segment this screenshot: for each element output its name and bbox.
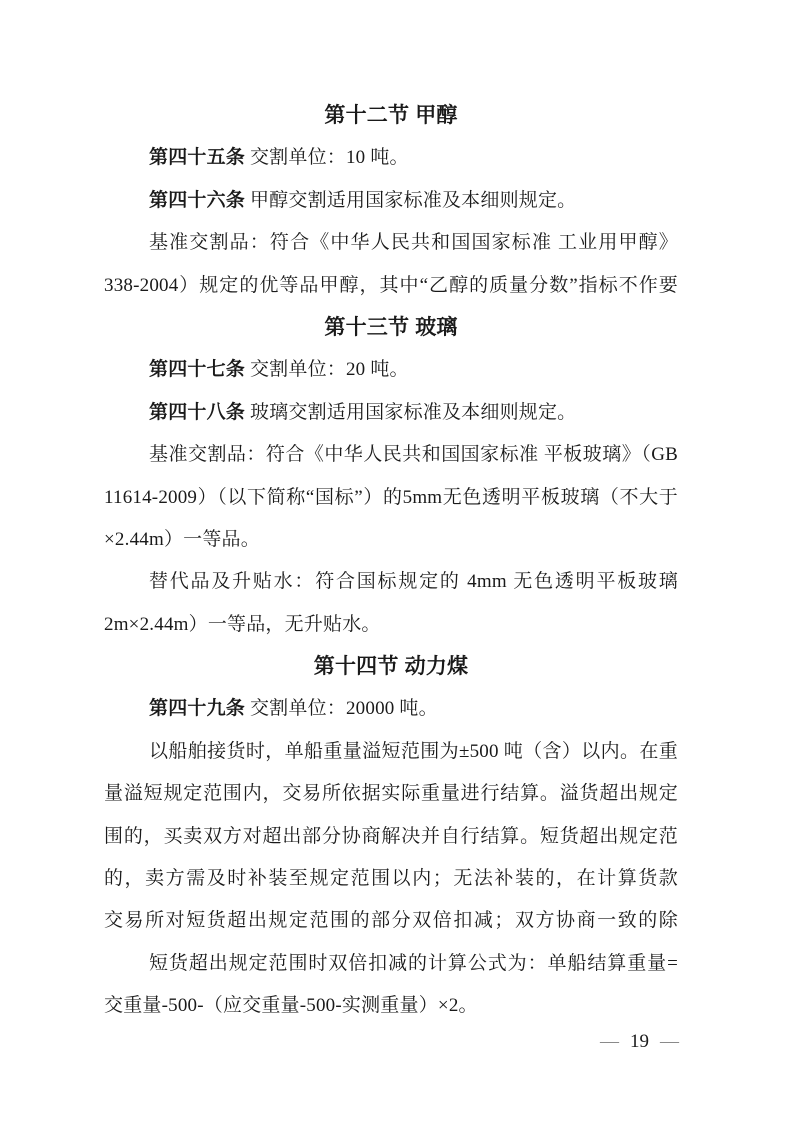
section-heading: 第十四节 动力煤 — [104, 646, 678, 688]
text-line: 第四十九条 交割单位：20000 吨。 — [104, 688, 678, 730]
text-line: 第四十八条 玻璃交割适用国家标准及本细则规定。 — [104, 392, 678, 434]
text-line: 基准交割品：符合《中华人民共和国国家标准 平板玻璃》（GB — [104, 434, 678, 476]
text-line: 替代品及升贴水：符合国标规定的 4mm 无色透明平板玻璃（不大于 — [104, 561, 678, 603]
section-heading: 第十二节 甲醇 — [104, 95, 678, 137]
text-line: 量溢短规定范围内，交易所依据实际重量进行结算。溢货超出规定范 — [104, 773, 678, 815]
text-line: 338-2004）规定的优等品甲醇，其中“乙醇的质量分数”指标不作要求。 — [104, 265, 678, 307]
article-number: 第四十七条 — [149, 359, 245, 380]
text-line: 交易所对短货超出规定范围的部分双倍扣减；双方协商一致的除外。 — [104, 900, 678, 942]
article-number: 第四十九条 — [149, 698, 245, 719]
page-number-value: 19 — [619, 1031, 660, 1052]
page-footer: —19— — [600, 1031, 679, 1053]
document-content: 第十二节 甲醇第四十五条 交割单位：10 吨。第四十六条 甲醇交割适用国家标准及… — [104, 95, 678, 1028]
footer-dash-right: — — [660, 1031, 679, 1052]
text-line: 11614-2009）（以下简称“国标”）的5mm无色透明平板玻璃（不大于2m — [104, 477, 678, 519]
text-line: 以船舶接货时，单船重量溢短范围为±500 吨（含）以内。在重 — [104, 731, 678, 773]
article-number: 第四十五条 — [149, 147, 245, 168]
article-number: 第四十六条 — [149, 190, 245, 211]
article-number: 第四十八条 — [149, 402, 245, 423]
text-line: 围的，买卖双方对超出部分协商解决并自行结算。短货超出规定范围 — [104, 816, 678, 858]
text-line: 交重量-500-（应交重量-500-实测重量）×2。 — [104, 985, 678, 1027]
text-line: 短货超出规定范围时双倍扣减的计算公式为：单船结算重量=应 — [104, 943, 678, 985]
text-line: 基准交割品：符合《中华人民共和国国家标准 工业用甲醇》（GB — [104, 222, 678, 264]
text-line: 2m×2.44m）一等品，无升贴水。 — [104, 604, 678, 646]
text-line: 第四十七条 交割单位：20 吨。 — [104, 349, 678, 391]
text-line: ×2.44m）一等品。 — [104, 519, 678, 561]
document-page: 第十二节 甲醇第四十五条 交割单位：10 吨。第四十六条 甲醇交割适用国家标准及… — [0, 0, 793, 1122]
section-heading: 第十三节 玻璃 — [104, 307, 678, 349]
text-line: 第四十六条 甲醇交割适用国家标准及本细则规定。 — [104, 180, 678, 222]
text-line: 的，卖方需及时补装至规定范围以内；无法补装的，在计算货款时， — [104, 858, 678, 900]
footer-dash-left: — — [600, 1031, 619, 1052]
text-line: 第四十五条 交割单位：10 吨。 — [104, 137, 678, 179]
